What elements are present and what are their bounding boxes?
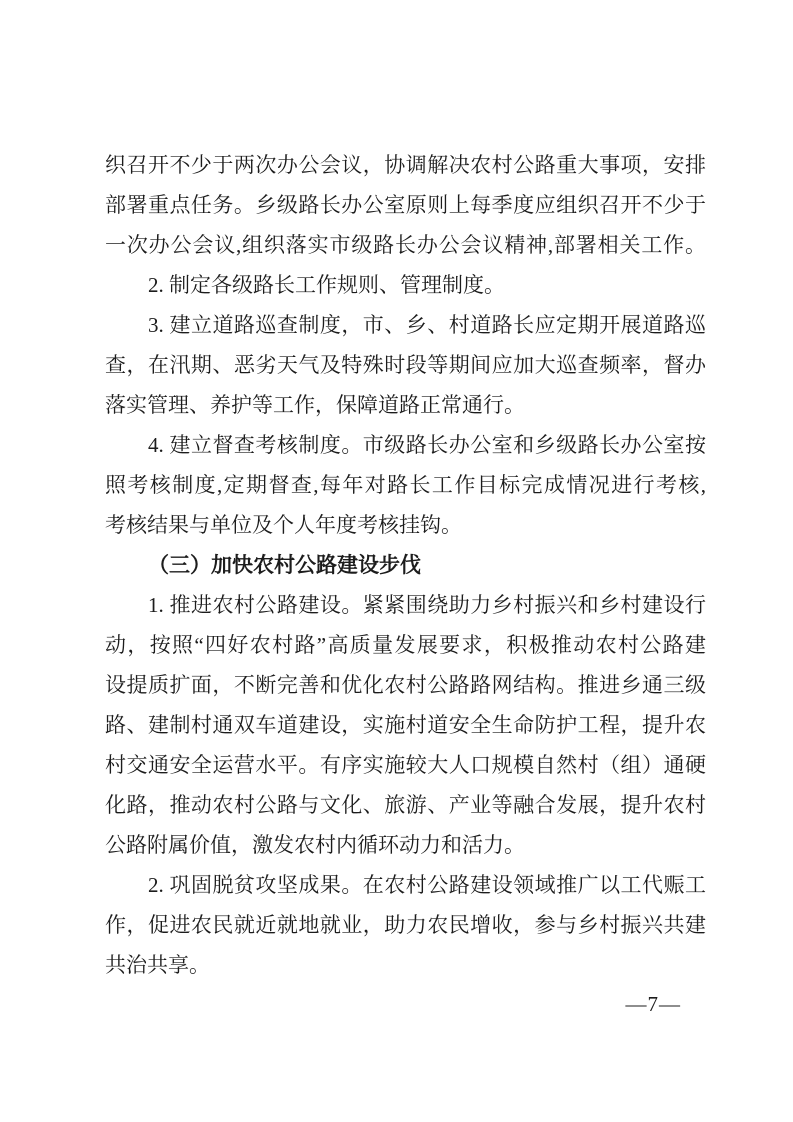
- text-line: 织召开不少于两次办公会议，协调解决农村公路重大事项，安排: [105, 145, 706, 185]
- text-line: 一次办公会议,组织落实市级路长办公会议精神,部署相关工作。: [105, 225, 706, 265]
- text-line: 照考核制度,定期督查,每年对路长工作目标完成情况进行考核,: [105, 465, 706, 505]
- page-number: —7—: [626, 992, 682, 1016]
- text-line: 3. 建立道路巡查制度，市、乡、村道路长应定期开展道路巡: [105, 305, 706, 345]
- text-line: 部署重点任务。乡级路长办公室原则上每季度应组织召开不少于: [105, 185, 706, 225]
- text-line: 查，在汛期、恶劣天气及特殊时段等期间应加大巡查频率，督办: [105, 345, 706, 385]
- text-line: 公路附属价值，激发农村内循环动力和活力。: [105, 825, 706, 865]
- text-line: 化路，推动农村公路与文化、旅游、产业等融合发展，提升农村: [105, 785, 706, 825]
- document-body: 织召开不少于两次办公会议，协调解决农村公路重大事项，安排 部署重点任务。乡级路长…: [105, 145, 706, 985]
- text-line: 2. 巩固脱贫攻坚成果。在农村公路建设领域推广以工代赈工: [105, 865, 706, 905]
- text-line: 考核结果与单位及个人年度考核挂钩。: [105, 505, 706, 545]
- text-line: 路、建制村通双车道建设，实施村道安全生命防护工程，提升农: [105, 705, 706, 745]
- text-line: 动，按照“四好农村路”高质量发展要求，积极推动农村公路建: [105, 625, 706, 665]
- text-line: 共治共享。: [105, 945, 706, 985]
- document-page: 织召开不少于两次办公会议，协调解决农村公路重大事项，安排 部署重点任务。乡级路长…: [0, 0, 793, 1122]
- text-line: 设提质扩面，不断完善和优化农村公路路网结构。推进乡通三级: [105, 665, 706, 705]
- text-line: 作，促进农民就近就地就业，助力农民增收，参与乡村振兴共建: [105, 905, 706, 945]
- text-line: 4. 建立督查考核制度。市级路长办公室和乡级路长办公室按: [105, 425, 706, 465]
- text-line: 村交通安全运营水平。有序实施较大人口规模自然村（组）通硬: [105, 745, 706, 785]
- text-line: 落实管理、养护等工作，保障道路正常通行。: [105, 385, 706, 425]
- section-heading: （三）加快农村公路建设步伐: [105, 545, 706, 585]
- text-line: 1. 推进农村公路建设。紧紧围绕助力乡村振兴和乡村建设行: [105, 585, 706, 625]
- text-line: 2. 制定各级路长工作规则、管理制度。: [105, 265, 706, 305]
